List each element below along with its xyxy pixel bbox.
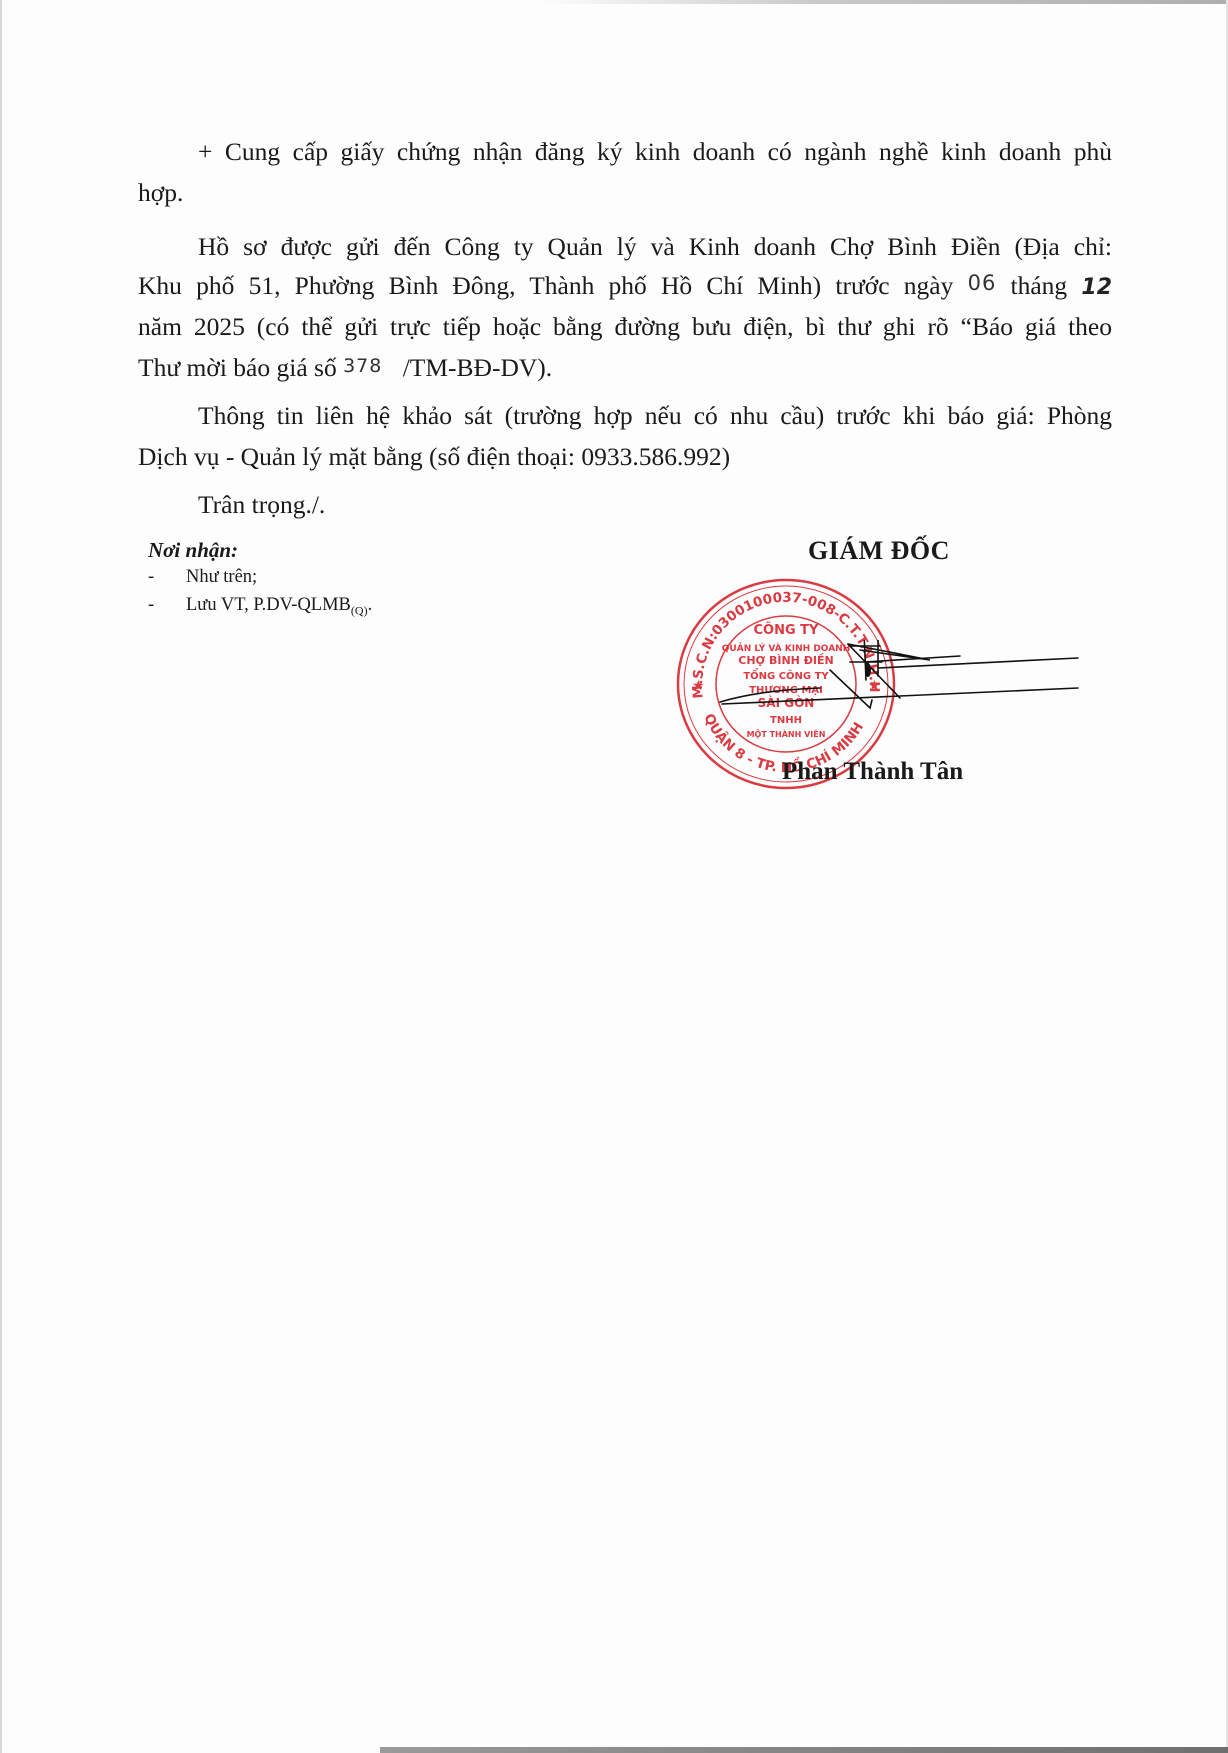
- recipient-text: Lưu VT, P.DV-QLMB(Q).: [186, 594, 372, 622]
- recipients-title: Nơi nhận:: [148, 538, 238, 563]
- scan-edge-top: [540, 0, 1228, 4]
- recipient-suffix: .: [368, 595, 373, 615]
- requirement-line-continued: hợp.: [138, 178, 183, 208]
- seal-inner-line: CÔNG TY: [754, 622, 820, 638]
- submission-address-text: Khu phố 51, Phường Bình Đông, Thành phố …: [138, 271, 953, 300]
- invitation-suffix: /TM-BĐ-DV).: [403, 353, 552, 382]
- handwritten-invitation-number: 378: [343, 355, 382, 377]
- recipient-text: Như trên;: [186, 566, 257, 588]
- scan-edge-bottom: [380, 1747, 1228, 1753]
- handwritten-signature: [700, 640, 1080, 750]
- submission-paragraph-line-2: Khu phố 51, Phường Bình Đông, Thành phố …: [138, 271, 1112, 303]
- recipient-dash: -: [148, 566, 154, 588]
- signatory-title: GIÁM ĐỐC: [808, 536, 950, 566]
- submission-paragraph-line-4: Thư mời báo giá số 378 /TM-BĐ-DV).: [138, 353, 552, 385]
- submission-paragraph-line-1: Hồ sơ được gửi đến Công ty Quản lý và Ki…: [198, 232, 1112, 262]
- recipient-subscript: (Q): [351, 604, 368, 618]
- invitation-prefix: Thư mời báo giá số: [138, 353, 337, 382]
- recipient-text-main: Lưu VT, P.DV-QLMB: [186, 595, 351, 615]
- month-label: tháng: [1011, 271, 1068, 300]
- submission-paragraph-line-3: năm 2025 (có thể gửi trực tiếp hoặc bằng…: [138, 312, 1112, 342]
- scan-edge-left: [0, 0, 2, 1753]
- contact-paragraph-line-2: Dịch vụ - Quản lý mặt bằng (số điện thoạ…: [138, 442, 730, 472]
- requirement-line: + Cung cấp giấy chứng nhận đăng ký kinh …: [198, 137, 1112, 167]
- handwritten-deadline-month: 12: [1081, 275, 1112, 300]
- recipient-dash: -: [148, 594, 154, 616]
- handwritten-deadline-day: 06: [968, 271, 997, 295]
- contact-paragraph-line-1: Thông tin liên hệ khảo sát (trường hợp n…: [198, 401, 1112, 431]
- closing-text: Trân trọng./.: [198, 490, 325, 520]
- signer-name: Phan Thành Tân: [782, 758, 963, 786]
